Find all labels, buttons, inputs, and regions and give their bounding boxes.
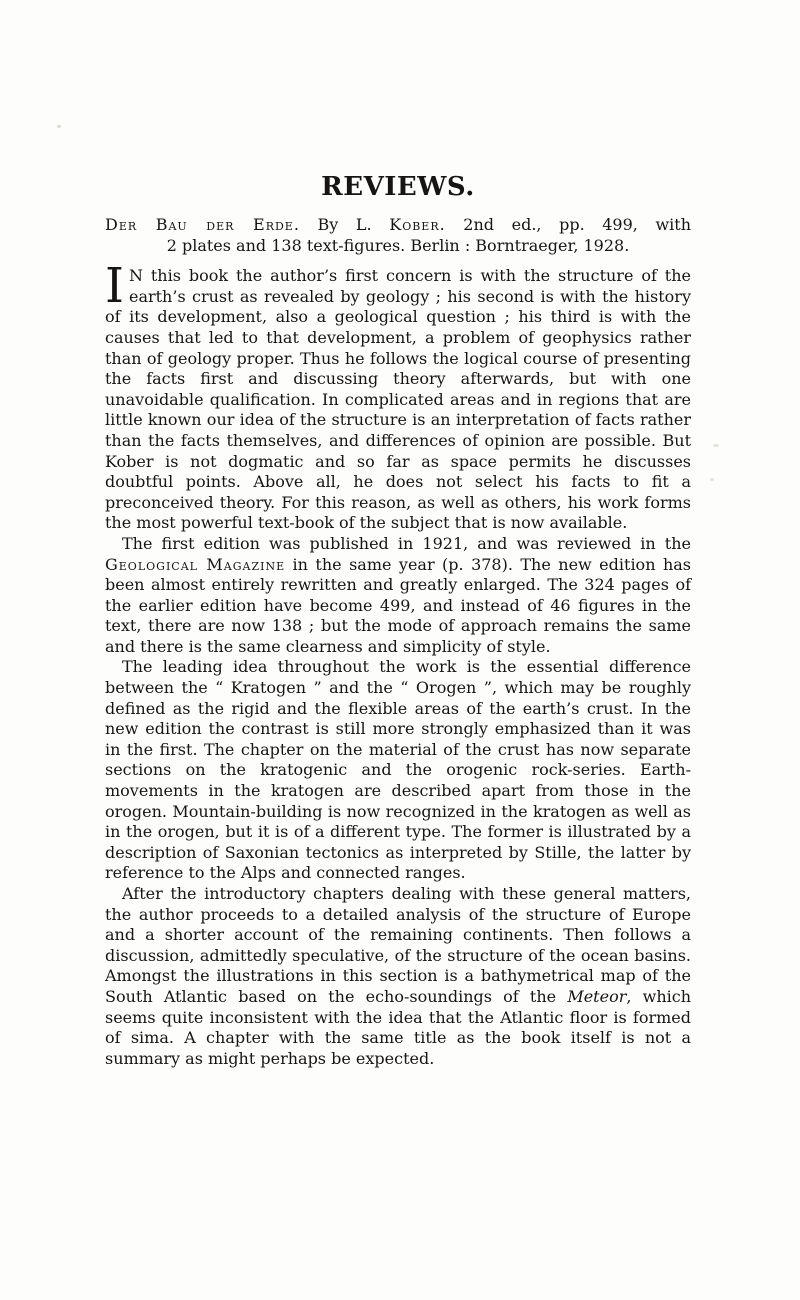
citation-byline: By L. bbox=[300, 215, 389, 234]
dropcap-initial: I bbox=[105, 266, 129, 305]
scan-speck bbox=[57, 125, 61, 128]
scan-speck bbox=[710, 478, 714, 481]
citation-line-1: Der Bau der Erde. By L. Kober. 2nd ed., … bbox=[105, 215, 691, 236]
citation-edition-info: 2nd ed., pp. 499, with bbox=[446, 215, 691, 234]
review-paragraph-4: After the introductory chapters dealing … bbox=[105, 884, 691, 1069]
citation-line-2: 2 plates and 138 text-figures. Berlin : … bbox=[105, 236, 691, 257]
scan-speck bbox=[713, 444, 719, 447]
citation-publisher-info: 2 plates and 138 text-figures. Berlin : … bbox=[167, 236, 630, 255]
author-name: Kober. bbox=[389, 215, 445, 234]
scanned-page: REVIEWS. Der Bau der Erde. By L. Kober. … bbox=[0, 0, 800, 1300]
review-paragraph-1: IN this book the author’s first concern … bbox=[105, 266, 691, 534]
review-paragraph-2: The first edition was published in 1921,… bbox=[105, 534, 691, 658]
paragraph-2-text-before: The first edition was published in 1921,… bbox=[122, 534, 691, 553]
paragraph-1-text: N this book the author’s first concern i… bbox=[105, 266, 691, 532]
book-citation: Der Bau der Erde. By L. Kober. 2nd ed., … bbox=[105, 215, 691, 256]
book-title: Der Bau der Erde. bbox=[105, 215, 300, 234]
text-block: REVIEWS. Der Bau der Erde. By L. Kober. … bbox=[105, 174, 691, 1069]
review-paragraph-3: The leading idea throughout the work is … bbox=[105, 657, 691, 884]
page-title: REVIEWS. bbox=[105, 174, 691, 201]
paragraph-3-text: The leading idea throughout the work is … bbox=[105, 657, 691, 882]
magazine-name: Geological Magazine bbox=[105, 555, 285, 574]
ship-name: Meteor bbox=[567, 987, 626, 1006]
